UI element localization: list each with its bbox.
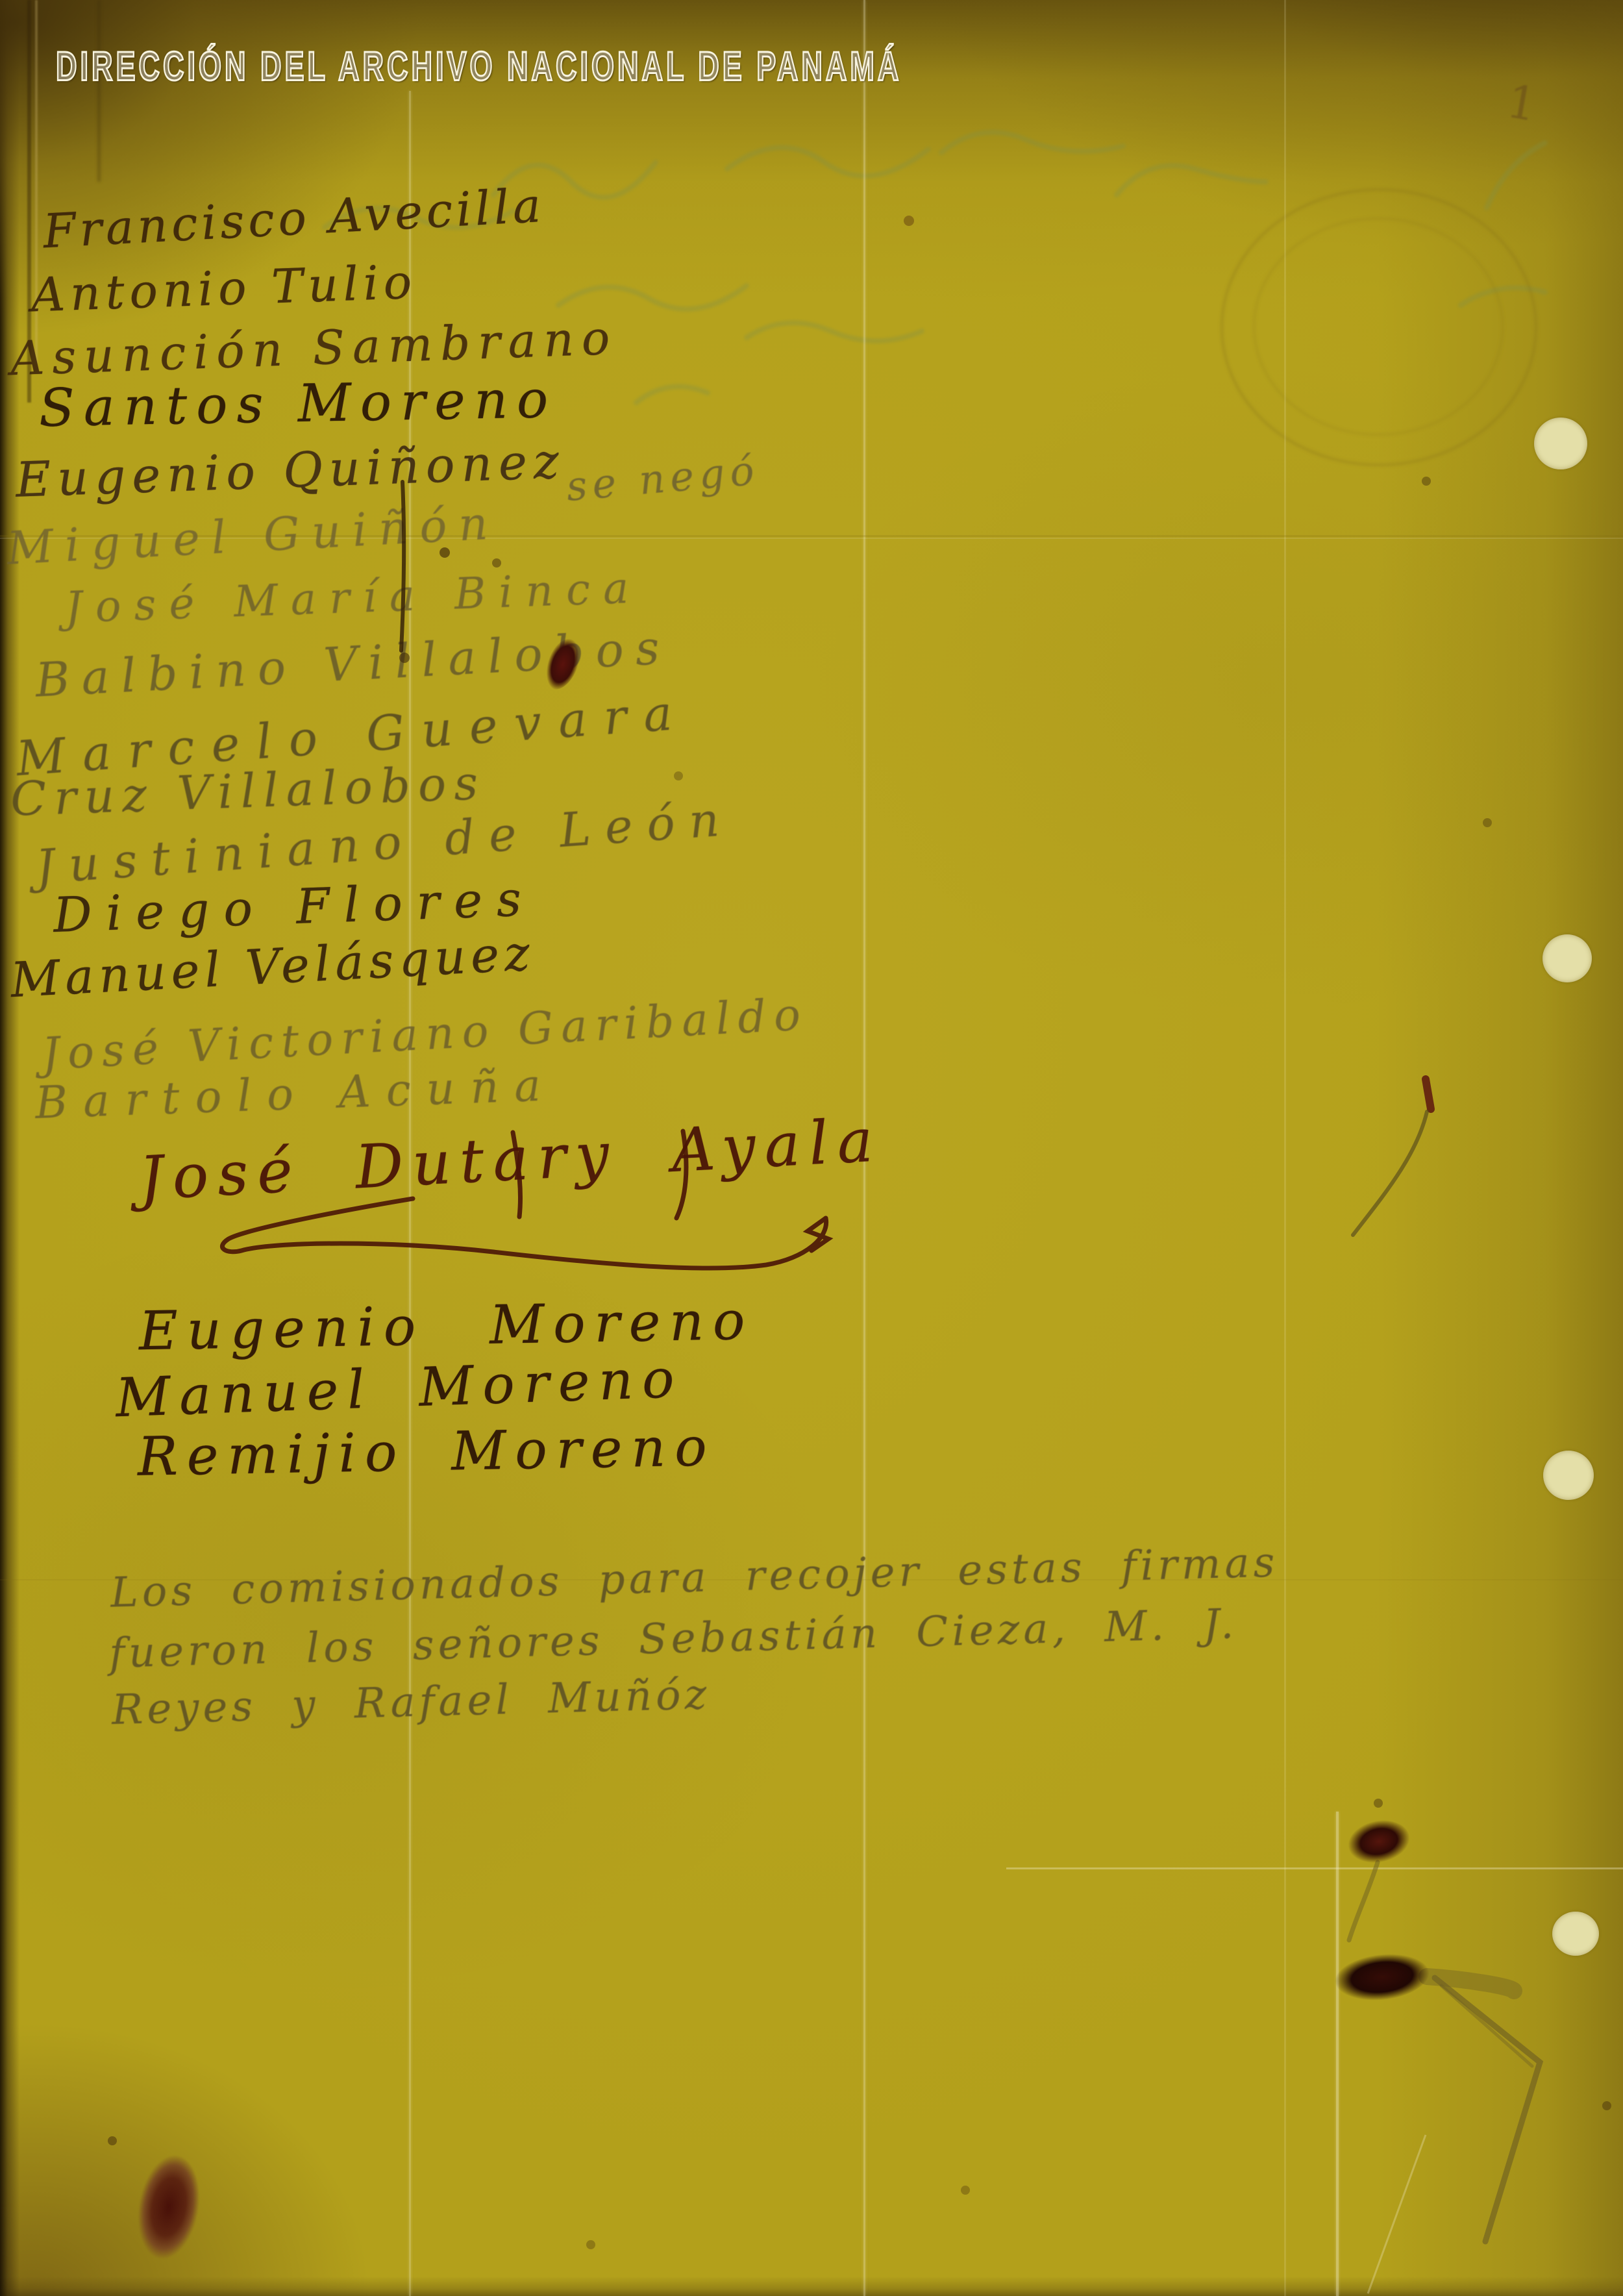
paper-specks <box>0 0 6 6</box>
pen-scratch <box>1353 1112 1427 1235</box>
red-ink-tick <box>1426 1079 1431 1109</box>
ink-scratch-line <box>1435 1978 1540 2241</box>
ink-marks-overlay <box>0 0 1623 2296</box>
ink-descender-stroke <box>401 482 404 651</box>
ink-flourish <box>222 1131 828 1268</box>
scanned-document-page: DIRECCIÓN DEL ARCHIVO NACIONAL DE PANAMÁ… <box>0 0 1623 2296</box>
ink-smudge-tail <box>1349 1862 1378 1940</box>
